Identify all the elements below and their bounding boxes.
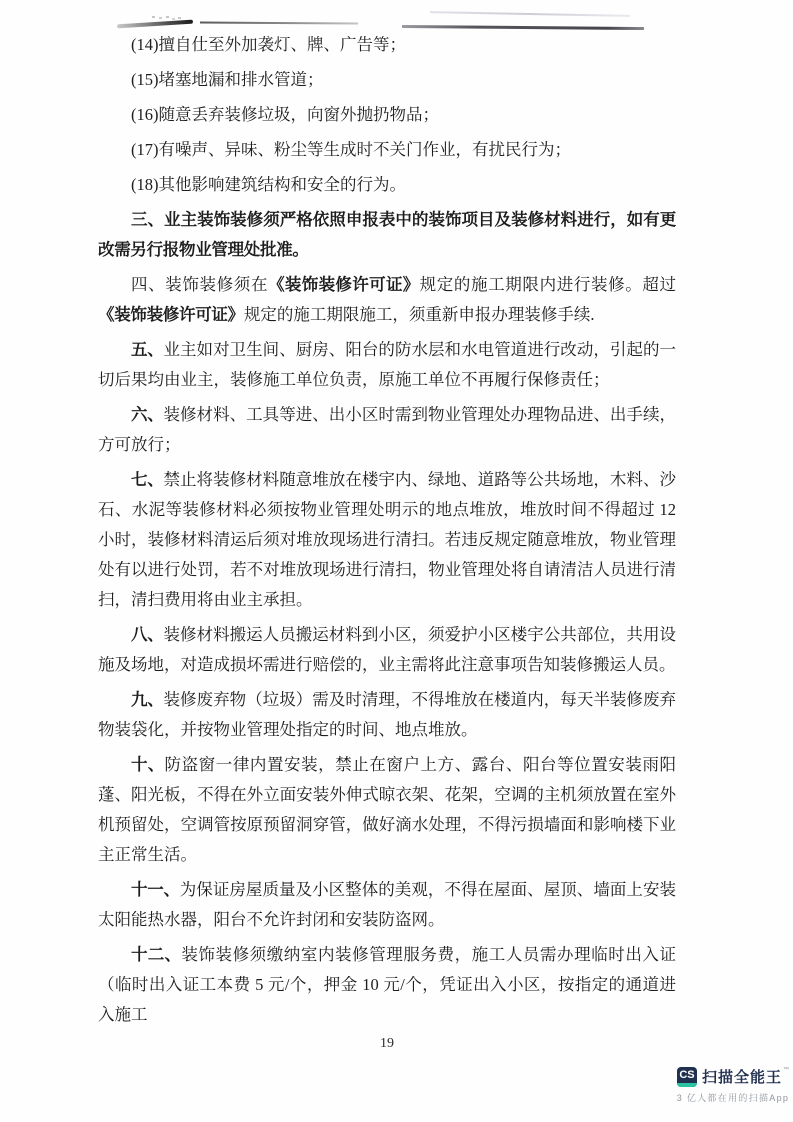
paragraph: 六、装修材料、工具等进、出小区时需到物业管理处办理物品进、出手续，方可放行；: [98, 400, 676, 460]
artifact-smudge-line: [117, 20, 193, 29]
text-run: 为保证房屋质量及小区整体的美观，不得在屋面、屋顶、墙面上安装太阳能热水器，阳台不…: [98, 880, 676, 929]
list-item: (16)随意丢弃装修垃圾，向窗外抛扔物品；: [98, 100, 676, 130]
watermark-brand-row: CS 扫描全能王 ™: [677, 1066, 789, 1087]
text-run: 规定的施工期限内进行装修。超过: [420, 275, 676, 294]
page-scan: (14)擅自仕至外加袭灯、牌、广告等；(15)堵塞地漏和排水管道；(16)随意丢…: [0, 0, 793, 1122]
text-run: 业主如对卫生间、厨房、阳台的防水层和水电管道进行改动，引起的一切后果均由业主，装…: [98, 340, 676, 389]
text-run: (16)随意丢弃装修垃圾，向窗外抛扔物品；: [131, 105, 439, 124]
paragraph: 三、业主装饰装修须严格依照申报表中的装饰项目及装修材料进行，如有更改需另行报物业…: [98, 205, 676, 265]
artifact-line-faint: [430, 11, 630, 17]
camscanner-logo-icon: CS: [677, 1067, 697, 1087]
artifact-speckles: [152, 16, 155, 18]
paragraph: 十二、装饰装修须缴纳室内装修管理服务费，施工人员需办理临时出入证（临时出入证工本…: [98, 940, 676, 1030]
paragraph: 八、装修材料搬运人员搬运材料到小区，须爱护小区楼宇公共部位，共用设施及场地，对造…: [98, 620, 676, 680]
brand-subtitle: 3 亿人都在用的扫描App: [677, 1091, 789, 1104]
paragraph: 四、装饰装修须在《装饰装修许可证》规定的施工期限内进行装修。超过《装饰装修许可证…: [98, 270, 676, 330]
page-number: 19: [98, 1036, 676, 1052]
bold-text-run: 七、: [131, 471, 163, 489]
paragraph: 七、禁止将装修材料随意堆放在楼宇内、绿地、道路等公共场地，木料、沙石、水泥等装修…: [98, 465, 676, 615]
text-run: 装修废弃物（垃圾）需及时清理，不得堆放在楼道内，每天半装修废弃物装袋化，并按物业…: [98, 690, 676, 739]
list-item: (18)其他影响建筑结构和安全的行为。: [98, 170, 676, 200]
list-item: (14)擅自仕至外加袭灯、牌、广告等；: [98, 30, 676, 60]
text-run: 四、装饰装修须在: [131, 275, 268, 294]
bold-text-run: 十、: [131, 756, 165, 774]
camscanner-watermark: CS 扫描全能王 ™ 3 亿人都在用的扫描App: [680, 1066, 786, 1104]
artifact-line-right: [402, 25, 644, 30]
paragraph: 十、防盗窗一律内置安装，禁止在窗户上方、露台、阳台等位置安装雨阳蓬、阳光板，不得…: [98, 750, 676, 870]
bold-text-run: 九、: [131, 691, 163, 709]
bold-text-run: 三、业主装饰装修须严格依照申报表中的装饰项目及装修材料进行，如有更改需另行报物业…: [98, 211, 676, 259]
logo-letters: CS: [679, 1069, 694, 1081]
document-body: (14)擅自仕至外加袭灯、牌、广告等；(15)堵塞地漏和排水管道；(16)随意丢…: [98, 30, 676, 1035]
text-run: 禁止将装修材料随意堆放在楼宇内、绿地、道路等公共场地，木料、沙石、水泥等装修材料…: [98, 470, 676, 609]
trademark-mark: ™: [783, 1067, 789, 1073]
bold-text-run: 《装饰装修许可证》: [268, 276, 420, 294]
text-run: (18)其他影响建筑结构和安全的行为。: [131, 175, 406, 194]
text-run: (17)有噪声、异味、粉尘等生成时不关门作业，有扰民行为；: [131, 140, 571, 159]
bold-text-run: 十二、: [131, 946, 181, 964]
text-run: (15)堵塞地漏和排水管道；: [131, 70, 324, 89]
bold-text-run: 八、: [131, 626, 163, 644]
text-run: (14)擅自仕至外加袭灯、牌、广告等；: [131, 35, 406, 54]
paragraph: 十一、为保证房屋质量及小区整体的美观，不得在屋面、屋顶、墙面上安装太阳能热水器，…: [98, 875, 676, 935]
bold-text-run: 十一、: [131, 881, 180, 899]
artifact-line-left: [200, 21, 358, 24]
brand-name: 扫描全能王: [702, 1066, 782, 1087]
text-run: 装饰装修须缴纳室内装修管理服务费，施工人员需办理临时出入证（临时出入证工本费 5…: [98, 945, 676, 1024]
text-run: 防盗窗一律内置安装，禁止在窗户上方、露台、阳台等位置安装雨阳蓬、阳光板，不得在外…: [98, 755, 676, 864]
list-item: (17)有噪声、异味、粉尘等生成时不关门作业，有扰民行为；: [98, 135, 676, 165]
list-item: (15)堵塞地漏和排水管道；: [98, 65, 676, 95]
bold-text-run: 《装饰装修许可证》: [98, 306, 244, 324]
text-run: 装修材料、工具等进、出小区时需到物业管理处办理物品进、出手续，方可放行；: [98, 405, 676, 454]
bold-text-run: 五、: [131, 341, 163, 359]
text-run: 装修材料搬运人员搬运材料到小区，须爱护小区楼宇公共部位，共用设施及场地，对造成损…: [98, 625, 676, 674]
paragraph: 五、业主如对卫生间、厨房、阳台的防水层和水电管道进行改动，引起的一切后果均由业主…: [98, 335, 676, 395]
paragraph: 九、装修废弃物（垃圾）需及时清理，不得堆放在楼道内，每天半装修废弃物装袋化，并按…: [98, 685, 676, 745]
text-run: 规定的施工期限施工，须重新申报办理装修手续.: [244, 305, 595, 324]
bold-text-run: 六、: [131, 406, 163, 424]
